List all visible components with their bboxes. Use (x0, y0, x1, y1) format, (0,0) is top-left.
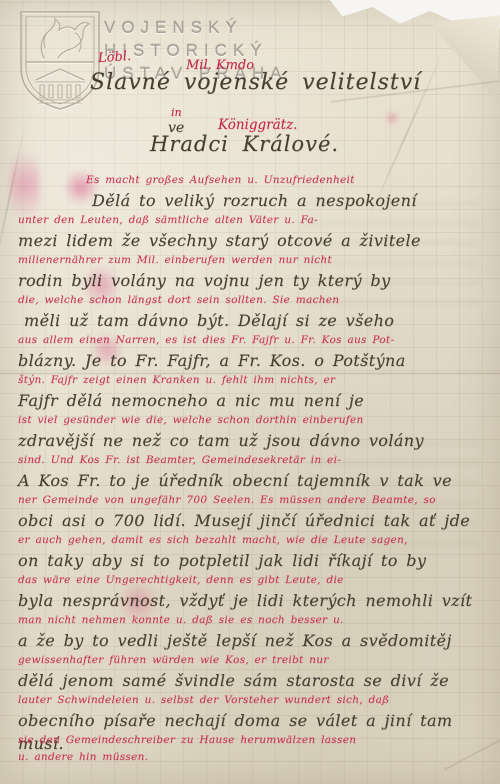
line-pair: sind. Und Kos Fr. ist Beamter, Gemeindes… (18, 452, 488, 492)
line-pair: die, welche schon längst dort sein sollt… (18, 292, 488, 332)
german-translation-line: Es macht großes Aufsehen u. Unzufriedenh… (86, 172, 488, 189)
german-translation-line: aus allem einen Narren, es ist dies Fr. … (18, 332, 488, 349)
preposition-translation: in (171, 106, 182, 119)
place-name-translation: Königgrätz. (218, 117, 297, 133)
czech-line: obci asi o 700 lidí. Musejí jinčí úředni… (18, 509, 488, 532)
archive-embossed-stamp (14, 8, 106, 114)
scanned-letter: VOJENSKÝ HISTORICKÝ ÚSTAV PRAHA Löbl. Mi… (0, 0, 500, 784)
line-pair: milienernährer zum Mil. einberufen werde… (18, 252, 488, 292)
red-annotation-loebl: Löbl. (98, 49, 132, 66)
czech-line: Fajfr dělá nemocneho a nic mu není je (18, 389, 488, 412)
line-pair: gewissenhafter führen würden wie Kos, er… (18, 652, 488, 692)
czech-line: A Kos Fr. to je úředník obecní tajemník … (18, 469, 488, 492)
stamp-line-1: VOJENSKÝ (104, 16, 287, 39)
german-translation-line: sie den Gemeindeschreiber zu Hause herum… (18, 732, 488, 749)
german-translation-line: lauter Schwindeleien u. selbst der Vorst… (18, 692, 488, 709)
german-translation-line: štýn. Fajfr zeigt einen Kranken u. fehlt… (18, 372, 488, 389)
line-pair: er auch gehen, damit es sich bezahlt mac… (18, 532, 488, 572)
czech-line: rodin byli volány na vojnu jen ty který … (18, 269, 488, 292)
ink-stain (386, 112, 398, 124)
czech-line: a že by to vedli ještě lepší než Kos a s… (18, 629, 488, 652)
czech-line: zdravější ne než co tam už jsou dávno vo… (18, 429, 488, 452)
czech-line: on taky aby si to potpletil jak lidi řík… (18, 549, 488, 572)
german-translation-line: die, welche schon längst dort sein sollt… (18, 292, 488, 309)
letter-body: Es macht großes Aufsehen u. Unzufriedenh… (18, 172, 488, 766)
czech-line: měli už tam dávno být. Dělají si ze všeh… (24, 309, 488, 332)
line-pair: ist viel gesünder wie die, welche schon … (18, 412, 488, 452)
place-name: Hradci Králové. (150, 132, 339, 156)
german-translation-line: das wäre eine Ungerechtigkeit, denn es g… (18, 572, 488, 589)
czech-line: byla nesprávnost, vždyť je lidi kterých … (18, 589, 488, 612)
german-translation-line: gewissenhafter führen würden wie Kos, er… (18, 652, 488, 669)
german-translation-line: man nicht nehmen konnte u. daß sie es no… (18, 612, 488, 629)
german-translation-line: unter den Leuten, daß sämtliche alten Vä… (18, 212, 488, 229)
line-pair: štýn. Fajfr zeigt einen Kranken u. fehlt… (18, 372, 488, 412)
german-translation-line: er auch gehen, damit es sich bezahlt mac… (18, 532, 488, 549)
coat-of-arms-shield (14, 8, 106, 114)
german-translation-line: sind. Und Kos Fr. ist Beamter, Gemeindes… (18, 452, 488, 469)
line-pair: aus allem einen Narren, es ist dies Fr. … (18, 332, 488, 372)
german-translation-line: ist viel gesünder wie die, welche schon … (18, 412, 488, 429)
czech-line: blázny. Je to Fr. Fajfr, a Fr. Kos. o Po… (18, 349, 488, 372)
german-translation-line: u. andere hin müssen. (18, 749, 488, 766)
czech-line: Dělá to veliký rozruch a nespokojení (92, 189, 488, 212)
line-pair: Es macht großes Aufsehen u. Unzufriedenh… (18, 172, 488, 212)
czech-line: mezi lidem že všechny starý otcové a živ… (18, 229, 488, 252)
german-translation-line: ner Gemeinde von ungefähr 700 Seelen. Es… (18, 492, 488, 509)
line-pair: lauter Schwindeleien u. selbst der Vorst… (18, 692, 488, 732)
letter-title: Slavné vojenské velitelství (90, 70, 421, 95)
czech-line: dělá jenom samé švindle sám starosta se … (18, 669, 488, 692)
line-pair: das wäre eine Ungerechtigkeit, denn es g… (18, 572, 488, 612)
line-pair: man nicht nehmen konnte u. daß sie es no… (18, 612, 488, 652)
line-pair: unter den Leuten, daß sämtliche alten Vä… (18, 212, 488, 252)
german-translation-line: milienernährer zum Mil. einberufen werde… (18, 252, 488, 269)
line-pair: ner Gemeinde von ungefähr 700 Seelen. Es… (18, 492, 488, 532)
